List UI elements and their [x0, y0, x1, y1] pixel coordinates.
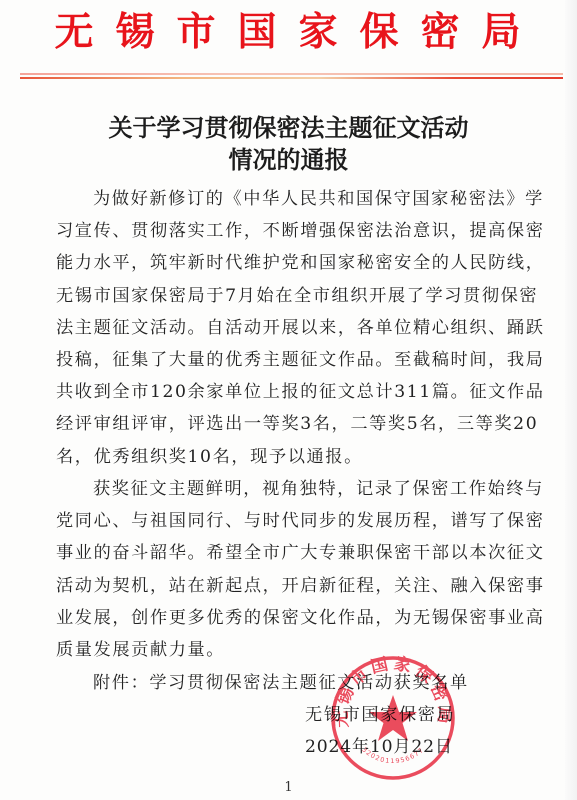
paragraph-2-line: 获奖征文主题鲜明，视角独特，记录了保密工作始终与 [56, 473, 526, 505]
paragraph-2: 获奖征文主题鲜明，视角独特，记录了保密工作始终与 党同心、与祖国同行、与时代同步… [56, 473, 526, 666]
letterhead-org-name: 无锡市国家保密局 [0, 8, 577, 58]
document-title-line-2: 情况的通报 [0, 145, 577, 175]
paragraph-1-line: 投稿，征集了大量的优秀主题征文作品。至截稿时间，我局 [56, 344, 526, 376]
paragraph-2-line: 党同心、与祖国同行、与时代同步的发展历程，谱写了保密 [56, 505, 526, 537]
letterhead-rule-thick [20, 77, 563, 79]
page-number: 1 [0, 780, 577, 795]
paragraph-1-line: 无锡市国家保密局于7月始在全市组织开展了学习贯彻保密 [56, 280, 526, 312]
paragraph-1-line: 名，优秀组织奖10名，现予以通报。 [56, 441, 526, 473]
paragraph-2-line: 活动为契机，站在新起点，开启新征程，关注、融入保密事 [56, 570, 526, 602]
paragraph-2-line: 事业的奋斗韶华。希望全市广大专兼职保密干部以本次征文 [56, 537, 526, 569]
letterhead-rule-thin [20, 73, 563, 75]
paragraph-1: 为做好新修订的《中华人民共和国保守国家秘密法》学 习宣传、贯彻落实工作，不断增强… [56, 183, 526, 473]
seal-code-text: 3202011956677 [360, 746, 425, 766]
paragraph-2-line: 业发展，创作更多优秀的保密文化作品，为无锡保密事业高 [56, 602, 526, 634]
paragraph-1-line: 经评审组评审，评选出一等奖3名，二等奖5名，三等奖20 [56, 408, 526, 440]
official-seal-stamp: 无锡市国家保密局 3202011956677 [330, 655, 456, 781]
star-icon [369, 695, 417, 741]
document-title-line-1: 关于学习贯彻保密法主题征文活动 [0, 113, 577, 143]
paragraph-1-line: 能力水平，筑牢新时代维护党和国家秘密安全的人民防线， [56, 247, 526, 279]
paragraph-1-line: 法主题征文活动。自活动开展以来，各单位精心组织、踊跃 [56, 312, 526, 344]
paragraph-1-line: 为做好新修订的《中华人民共和国保守国家秘密法》学 [56, 183, 526, 215]
paragraph-1-line: 共收到全市120余家单位上报的征文总计311篇。征文作品 [56, 376, 526, 408]
paragraph-1-line: 习宣传、贯彻落实工作，不断增强保密法治意识，提高保密 [56, 215, 526, 247]
